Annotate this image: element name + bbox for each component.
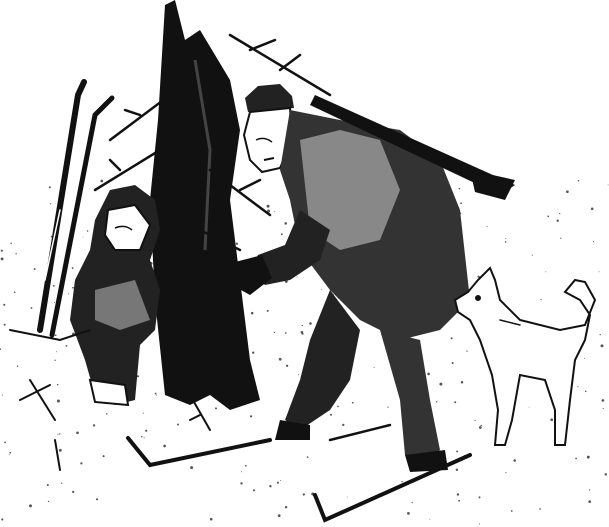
winter-scene-illustration	[0, 0, 609, 527]
illustration-canvas	[0, 0, 609, 527]
